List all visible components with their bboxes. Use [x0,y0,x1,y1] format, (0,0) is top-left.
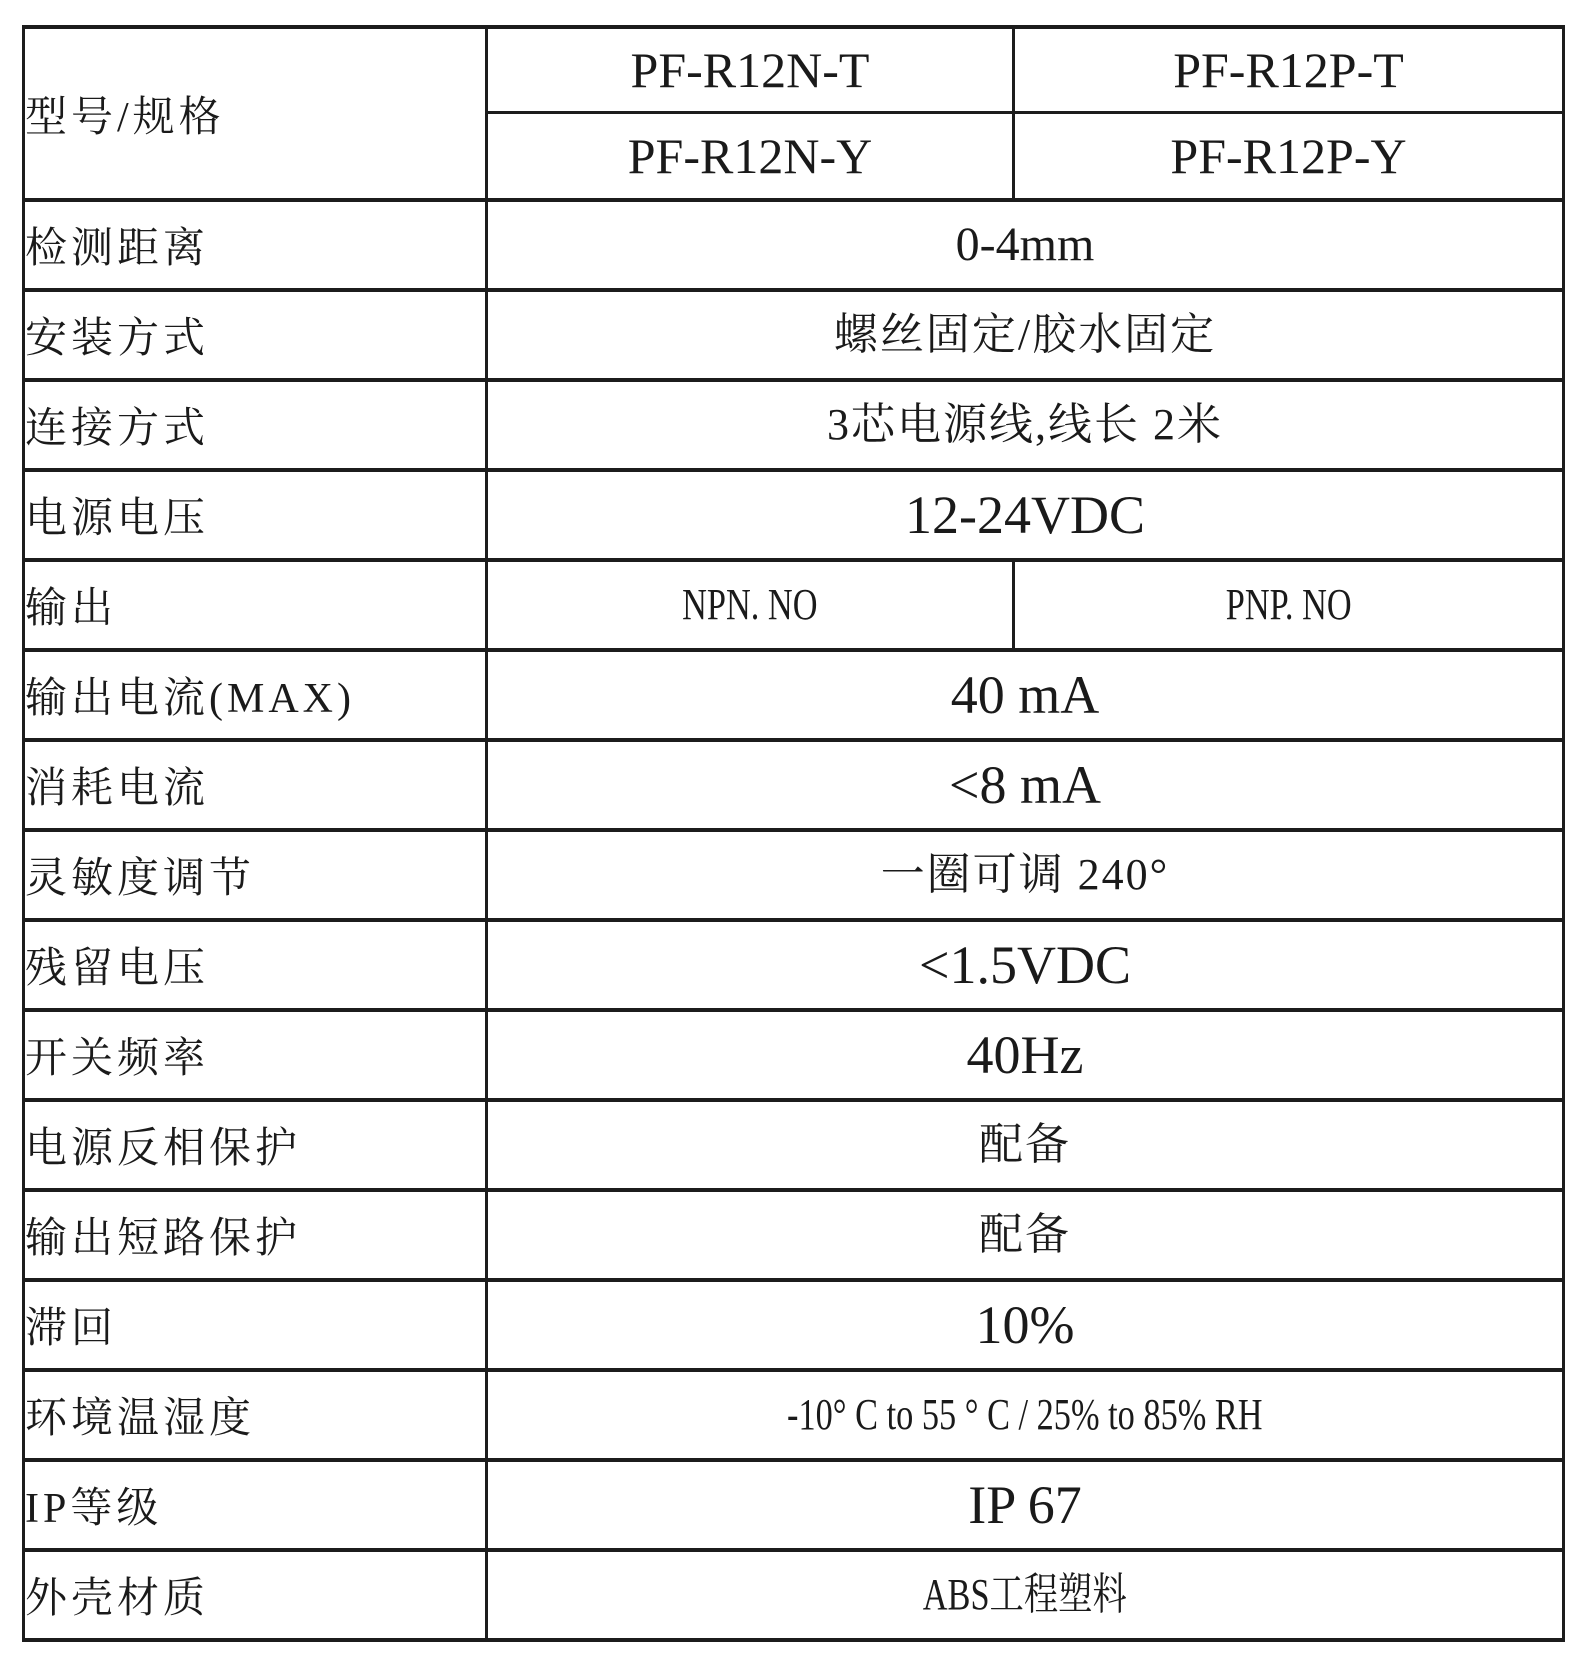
value-output-npn: NPN. NO [487,560,1014,650]
table-row: IP等级 IP 67 [24,1460,1564,1550]
table-row: 型号/规格 PF-R12N-T PF-R12P-T [24,27,1564,112]
table-row: 外壳材质 ABS工程塑料 [24,1550,1564,1640]
label-connection-method: 连接方式 [24,380,487,470]
table-row: 残留电压 <1.5VDC [24,920,1564,1010]
table-row: 输出短路保护 配备 [24,1190,1564,1280]
ambient-temp-humidity-value: -10° C to 55 ° C / 25% to 85% RH [787,1393,1263,1437]
short-circuit-protection-value: 配备 [979,1213,1071,1257]
label-sensitivity-adjustment: 灵敏度调节 [24,830,487,920]
hysteresis-value: 10% [976,1298,1075,1352]
table-row: 灵敏度调节 一圈可调 240° [24,830,1564,920]
value-model-npn-y: PF-R12N-Y [487,112,1014,200]
value-model-npn-t: PF-R12N-T [487,27,1014,112]
label-mounting-method: 安装方式 [24,290,487,380]
sensitivity-adjustment-value: 一圈可调 240° [881,853,1170,897]
model-number: PF-R12N-Y [628,131,872,181]
value-residual-voltage: <1.5VDC [487,920,1564,1010]
output-npn-value: NPN. NO [682,583,817,627]
value-short-circuit-protection: 配备 [487,1190,1564,1280]
value-model-pnp-y: PF-R12P-Y [1014,112,1564,200]
label-detection-distance: 检测距离 [24,200,487,290]
value-hysteresis: 10% [487,1280,1564,1370]
supply-voltage-value: 12-24VDC [905,488,1145,542]
label-reverse-polarity-protection: 电源反相保护 [24,1100,487,1190]
label-output-current-max: 输出电流(MAX) [24,650,487,740]
value-connection-method: 3芯电源线,线长 2米 [487,380,1564,470]
label-ip-rating: IP等级 [24,1460,487,1550]
housing-material-value: ABS工程塑料 [923,1573,1127,1617]
table-row: 消耗电流 <8 mA [24,740,1564,830]
label-output: 输出 [24,560,487,650]
value-output-current-max: 40 mA [487,650,1564,740]
value-mounting-method: 螺丝固定/胶水固定 [487,290,1564,380]
label-residual-voltage: 残留电压 [24,920,487,1010]
connection-method-value: 3芯电源线,线长 2米 [827,403,1223,447]
current-consumption-value: <8 mA [949,758,1101,812]
residual-voltage-value: <1.5VDC [919,938,1131,992]
label-switching-frequency: 开关频率 [24,1010,487,1100]
value-model-pnp-t: PF-R12P-T [1014,27,1564,112]
reverse-polarity-protection-value: 配备 [979,1123,1071,1167]
value-switching-frequency: 40Hz [487,1010,1564,1100]
mounting-method-value: 螺丝固定/胶水固定 [834,313,1216,357]
label-model-spec: 型号/规格 [24,27,487,200]
value-supply-voltage: 12-24VDC [487,470,1564,560]
model-number: PF-R12P-Y [1170,131,1406,181]
value-output-pnp: PNP. NO [1014,560,1564,650]
output-current-max-value: 40 mA [951,668,1100,722]
label-short-circuit-protection: 输出短路保护 [24,1190,487,1280]
table-row: 连接方式 3芯电源线,线长 2米 [24,380,1564,470]
product-spec-table: 型号/规格 PF-R12N-T PF-R12P-T PF-R12N-Y PF-R… [22,25,1565,1642]
model-number: PF-R12P-T [1173,45,1404,95]
value-reverse-polarity-protection: 配备 [487,1100,1564,1190]
switching-frequency-value: 40Hz [967,1028,1084,1082]
table-row: 开关频率 40Hz [24,1010,1564,1100]
value-detection-distance: 0-4mm [487,200,1564,290]
label-supply-voltage: 电源电压 [24,470,487,560]
table-row: 电源电压 12-24VDC [24,470,1564,560]
value-housing-material: ABS工程塑料 [487,1550,1564,1640]
table-row: 检测距离 0-4mm [24,200,1564,290]
value-current-consumption: <8 mA [487,740,1564,830]
output-pnp-value: PNP. NO [1226,583,1352,627]
label-housing-material: 外壳材质 [24,1550,487,1640]
model-number: PF-R12N-T [631,45,870,95]
value-sensitivity-adjustment: 一圈可调 240° [487,830,1564,920]
detection-distance-value: 0-4mm [956,221,1095,269]
label-current-consumption: 消耗电流 [24,740,487,830]
table-row: 环境温湿度 -10° C to 55 ° C / 25% to 85% RH [24,1370,1564,1460]
ip-rating-value: IP 67 [968,1478,1082,1532]
value-ambient-temp-humidity: -10° C to 55 ° C / 25% to 85% RH [487,1370,1564,1460]
table-row: 输出 NPN. NO PNP. NO [24,560,1564,650]
table-row: 安装方式 螺丝固定/胶水固定 [24,290,1564,380]
label-ambient-temp-humidity: 环境温湿度 [24,1370,487,1460]
table-row: 滞回 10% [24,1280,1564,1370]
label-hysteresis: 滞回 [24,1280,487,1370]
table-row: 输出电流(MAX) 40 mA [24,650,1564,740]
table-row: 电源反相保护 配备 [24,1100,1564,1190]
value-ip-rating: IP 67 [487,1460,1564,1550]
